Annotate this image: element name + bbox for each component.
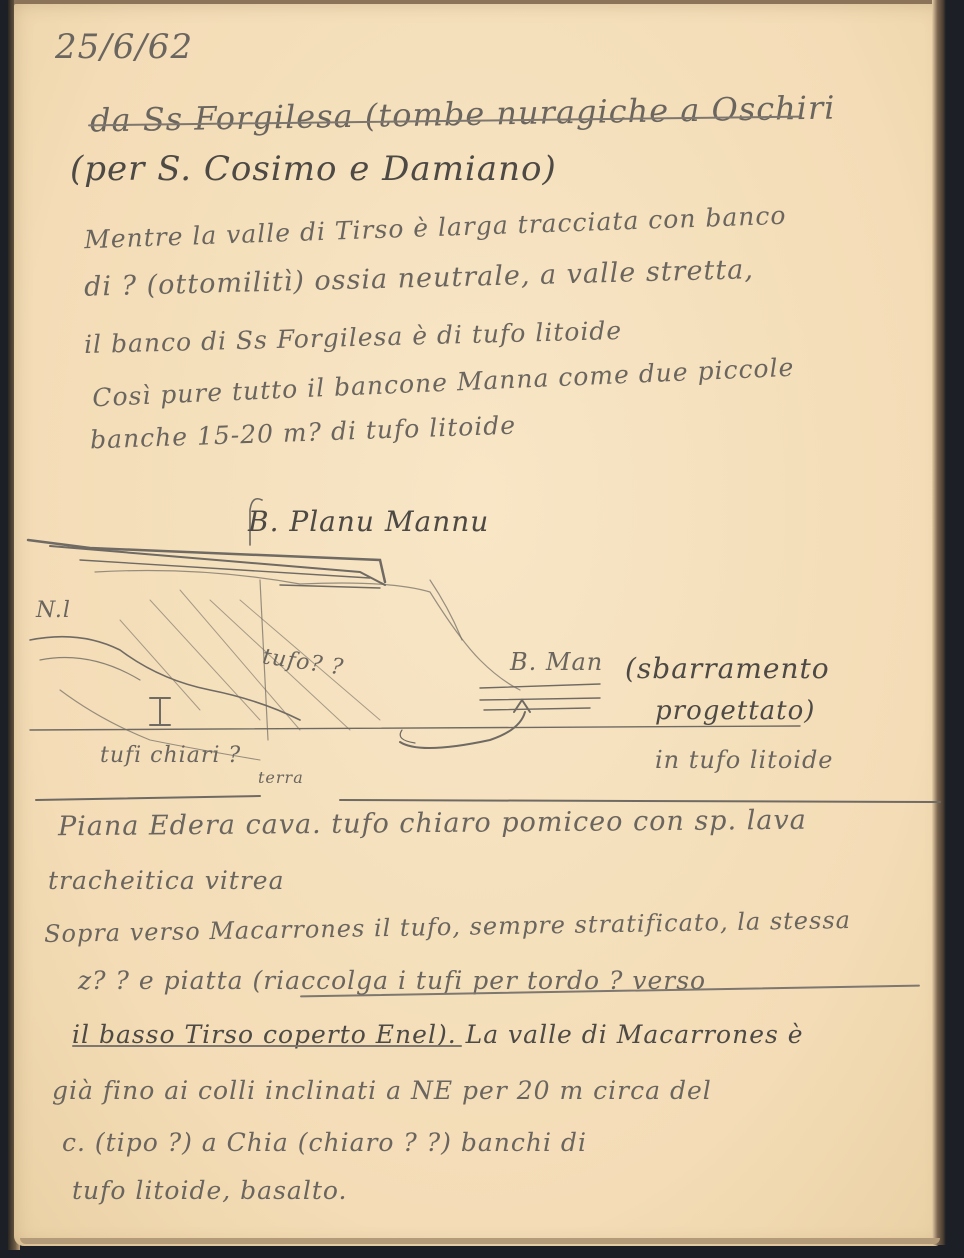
page-bottom-edge xyxy=(20,1238,940,1244)
sketch-label-bottom-left: tufi chiari ? xyxy=(100,745,241,767)
sketch-label-right: B. Man xyxy=(510,650,603,674)
sketch-note-line3: in tufo litoide xyxy=(655,748,834,772)
note-line: il basso Tirso coperto Enel). La valle d… xyxy=(72,1022,804,1047)
sketch-note-line1: (sbarramento xyxy=(625,655,830,683)
sketch-label-bottom-left-2: terra xyxy=(258,770,304,786)
geological-sketch xyxy=(0,0,964,820)
note-line: tracheitica vitrea xyxy=(48,868,285,893)
note-line: già fino ai colli inclinati a NE per 20 … xyxy=(52,1078,712,1103)
note-line: Piana Edera cava. tufo chiaro pomiceo co… xyxy=(58,807,807,841)
sketch-label-left: N.l xyxy=(36,600,71,622)
note-line: c. (tipo ?) a Chia (chiaro ? ?) banchi d… xyxy=(62,1130,587,1155)
strike-line xyxy=(72,1045,462,1047)
sketch-label-top: B. Planu Mannu xyxy=(248,508,489,536)
sketch-note-line2: progettato) xyxy=(655,698,815,724)
note-line: tufo litoide, basalto. xyxy=(72,1178,347,1203)
